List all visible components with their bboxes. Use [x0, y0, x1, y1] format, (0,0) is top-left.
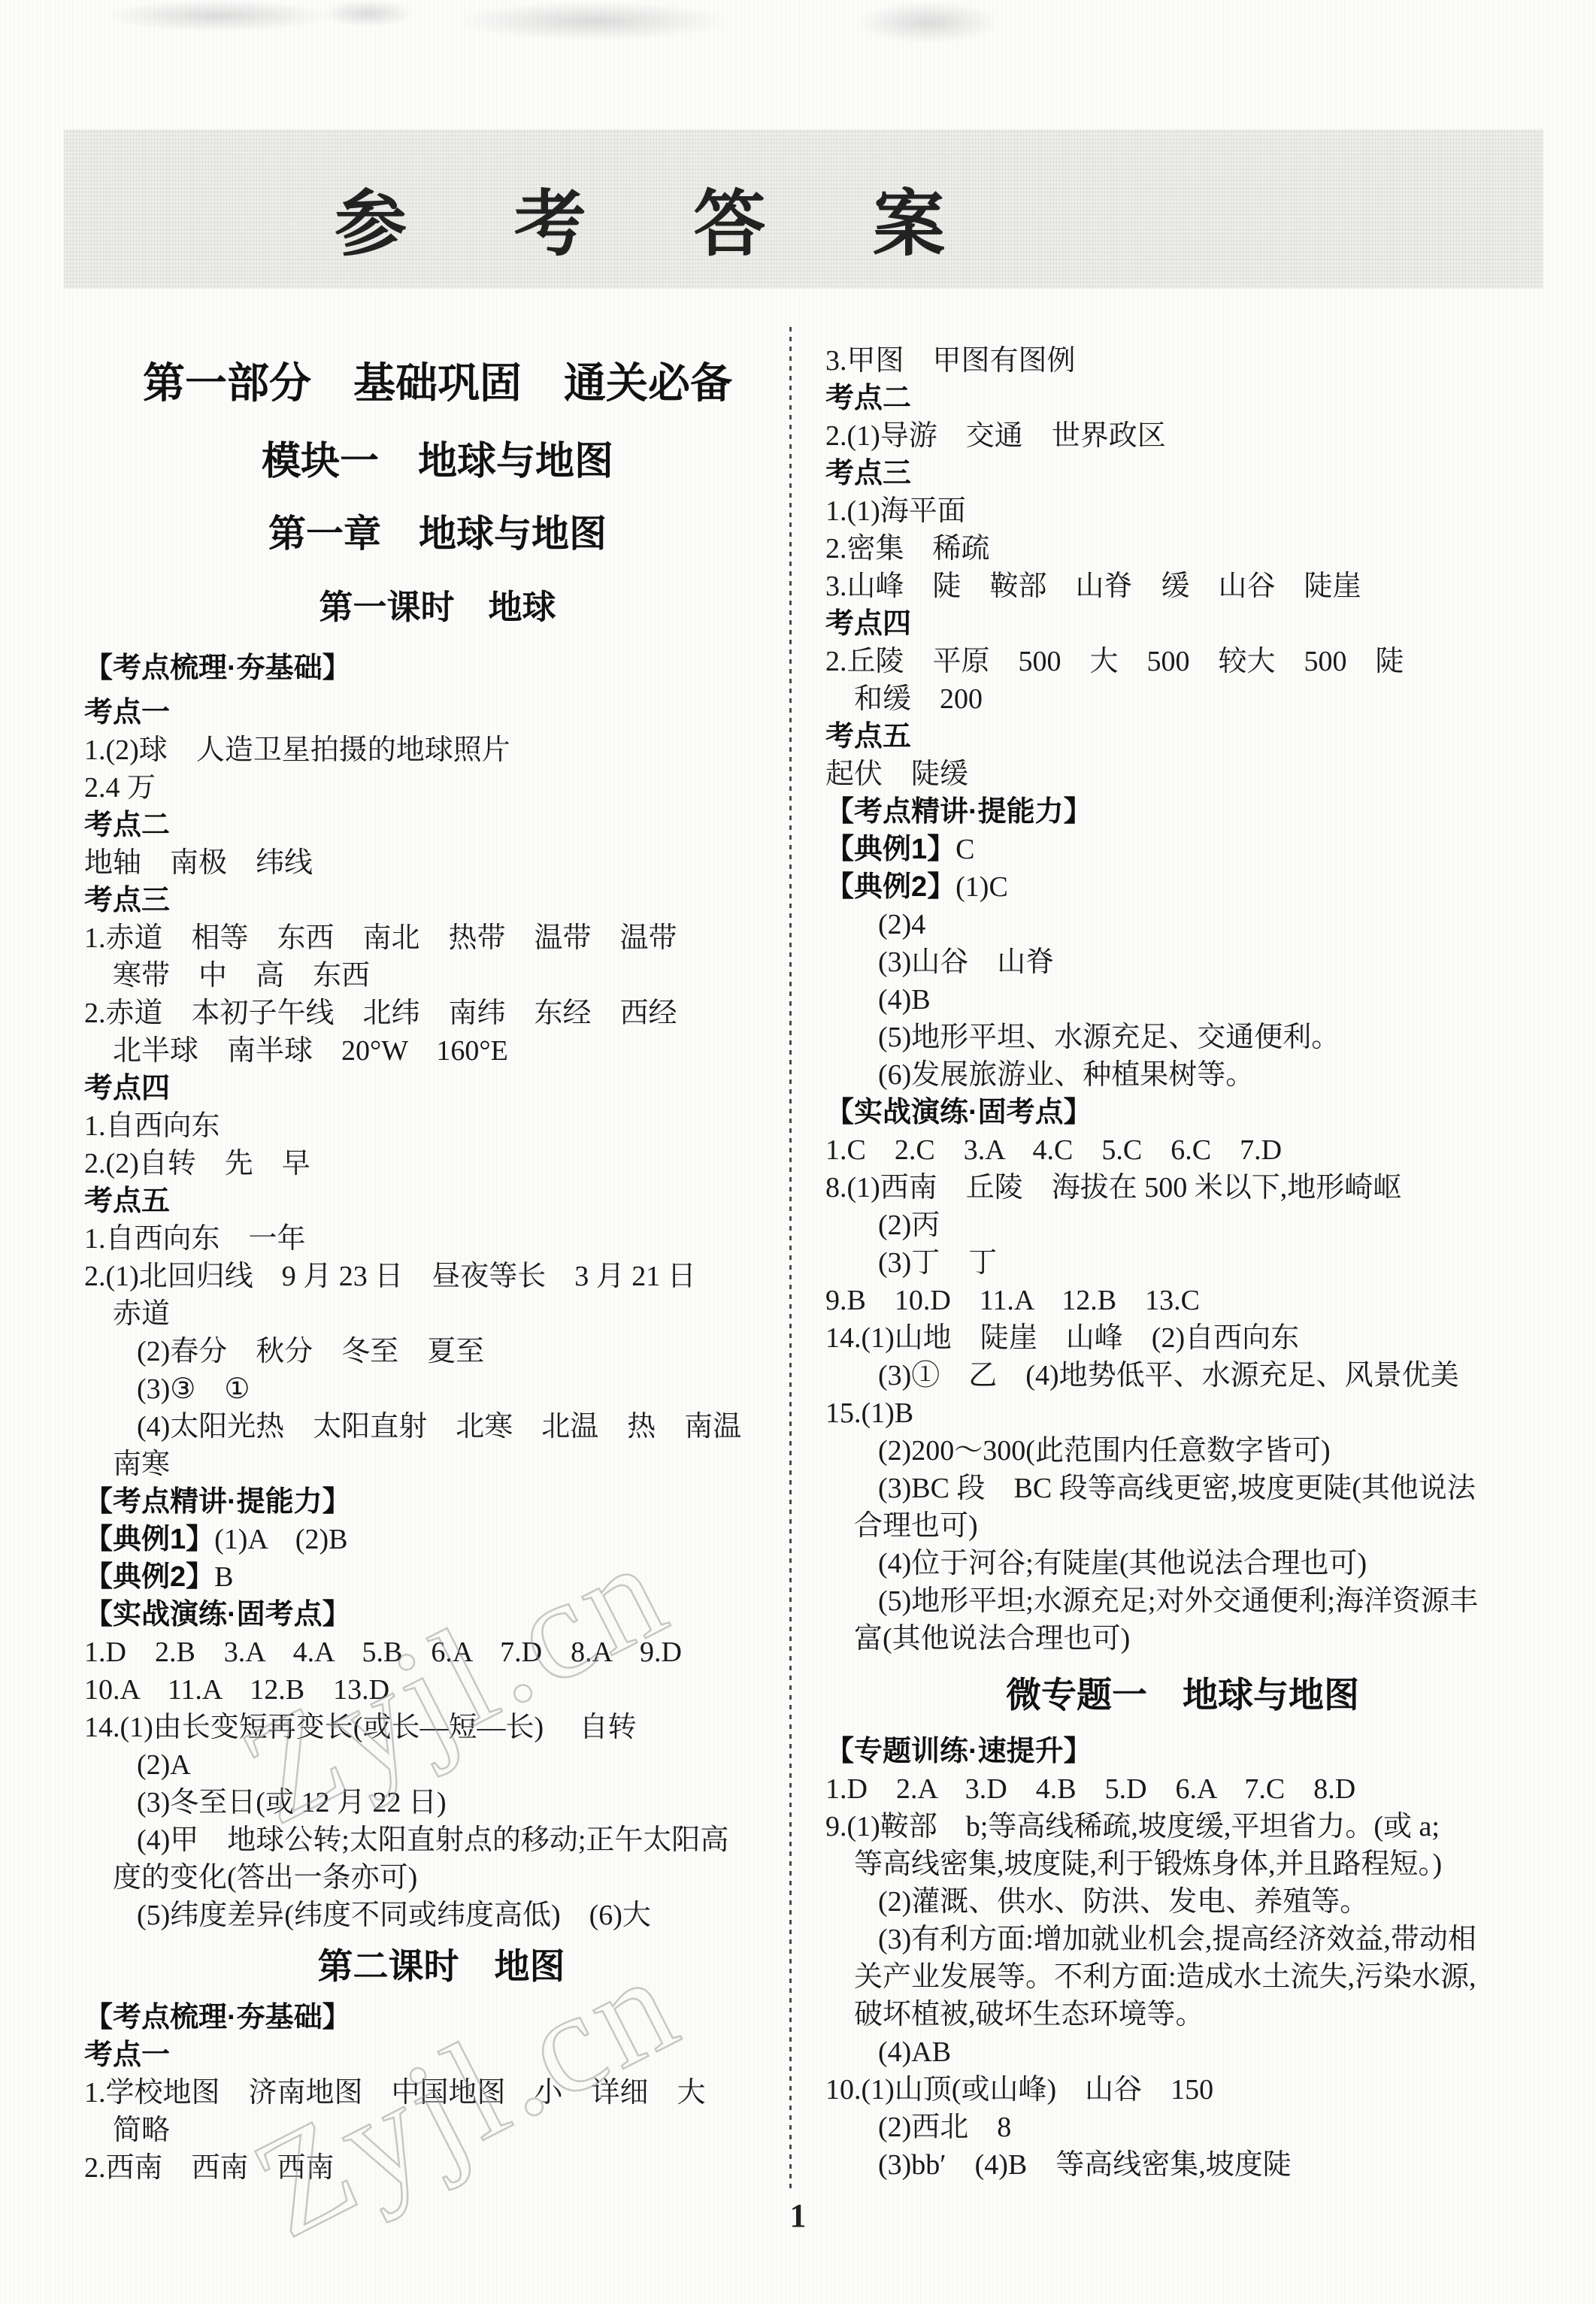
answer-line: 【典例2】(1)C: [825, 868, 1540, 906]
answer-line: (3)③ ①: [84, 1370, 798, 1408]
answer-line-text: 2.密集 稀疏: [825, 533, 990, 565]
answer-line: 【考点精讲·提能力】: [825, 793, 1540, 831]
answer-line-marker: 考点五: [84, 1185, 170, 1217]
answer-line: 考点二: [84, 807, 798, 844]
answer-line-text: (3)BC 段 BC 段等高线更密,坡度更陡(其他说法: [878, 1473, 1476, 1504]
answer-line-text: (2)200～300(此范围内任意数字皆可): [878, 1435, 1331, 1467]
answer-line: 3.甲图 甲图有图例: [825, 342, 1540, 380]
answer-line: (2)西北 8: [825, 2109, 1540, 2146]
answer-line-marker: 【典例2】: [84, 1561, 214, 1593]
answer-line: 3.山峰 陡 鞍部 山脊 缓 山谷 陡崖: [825, 568, 1540, 605]
answer-line-text: (2)春分 秋分 冬至 夏至: [137, 1336, 484, 1367]
answer-line: 合理也可): [825, 1507, 1540, 1545]
answer-line: (2)4: [825, 906, 1540, 943]
answer-line-marker: 【考点梳理·夯基础】: [84, 2002, 351, 2033]
answer-line-text: 2.(1)导游 交通 世界政区: [825, 420, 1166, 452]
answer-line: 地轴 南极 纬线: [84, 844, 798, 882]
module-heading: 模块一 地球与地图: [84, 430, 791, 493]
answer-line: 1.(1)海平面: [825, 492, 1540, 530]
answer-line-text: 2.丘陵 平原 500 大 500 较大 500 陡: [825, 646, 1404, 677]
answer-line-marker: 考点四: [84, 1073, 170, 1104]
answer-line: 10.(1)山顶(或山峰) 山谷 150: [825, 2071, 1540, 2109]
chapter-heading: 第一章 地球与地图: [84, 502, 791, 565]
answer-line: (4)位于河谷;有陡崖(其他说法合理也可): [825, 1545, 1540, 1582]
answer-line-text: 1.D 2.A 3.D 4.B 5.D 6.A 7.C 8.D: [825, 1773, 1355, 1805]
answer-line: 1.D 2.A 3.D 4.B 5.D 6.A 7.C 8.D: [825, 1770, 1540, 1808]
answer-line-text: 起伏 陡缓: [825, 758, 968, 790]
answer-line-marker: 考点五: [825, 721, 911, 752]
answer-line-text: 合理也可): [854, 1510, 978, 1542]
answer-line: (3)① 乙 (4)地势低平、水源充足、风景优美: [825, 1357, 1540, 1394]
answer-line: (4)B: [825, 981, 1540, 1019]
answer-line-marker: 【考点梳理·夯基础】: [84, 652, 351, 684]
answer-line: 赤道: [84, 1295, 798, 1333]
answer-line-text: 2.(1)北回归线 9 月 23 日 昼夜等长 3 月 21 日: [84, 1261, 696, 1292]
answer-line-text: (3)山谷 山脊: [878, 946, 1054, 978]
answer-line: 【实战演练·固考点】: [84, 1596, 798, 1633]
answer-line: 【典例1】(1)A (2)B: [84, 1521, 798, 1558]
answer-line-text: (2)A: [137, 1749, 191, 1781]
answer-line: 8.(1)西南 丘陵 海拔在 500 米以下,地形崎岖: [825, 1169, 1540, 1206]
answer-line-text: 地轴 南极 纬线: [84, 847, 313, 879]
answer-line: 考点五: [84, 1182, 798, 1220]
answer-line-text: 8.(1)西南 丘陵 海拔在 500 米以下,地形崎岖: [825, 1172, 1401, 1203]
answer-line: 起伏 陡缓: [825, 755, 1540, 793]
answer-line: 9.B 10.D 11.A 12.B 13.C: [825, 1282, 1540, 1319]
answer-line-text: (5)纬度差异(纬度不同或纬度高低) (6)大: [137, 1900, 651, 1931]
answer-line-text: 2.赤道 本初子午线 北纬 南纬 东经 西经: [84, 998, 677, 1029]
answer-line-text: 度的变化(答出一条亦可): [113, 1862, 417, 1894]
answer-line-text: 14.(1)山地 陡崖 山峰 (2)自西向东: [825, 1322, 1299, 1354]
answer-line-text: 破坏植被,破坏生态环境等。: [854, 1999, 1204, 2030]
section-heading: 微专题一 地球与地图: [825, 1658, 1540, 1733]
answer-line-text: 1.学校地图 济南地图 中国地图 小 详细 大: [84, 2077, 706, 2109]
answer-line: 1.C 2.C 3.A 4.C 5.C 6.C 7.D: [825, 1131, 1540, 1169]
answer-line-marker: 【考点精讲·提能力】: [84, 1486, 351, 1518]
answer-line: 度的变化(答出一条亦可): [84, 1859, 798, 1897]
answer-line: (2)200～300(此范围内任意数字皆可): [825, 1432, 1540, 1470]
answer-line-text: (3)bb′ (4)B 等高线密集,坡度陡: [878, 2149, 1292, 2181]
answer-line: (2)春分 秋分 冬至 夏至: [84, 1333, 798, 1370]
answer-line-text: (5)地形平坦;水源充足;对外交通便利;海洋资源丰: [878, 1585, 1478, 1617]
answer-line: (4)AB: [825, 2033, 1540, 2071]
answer-line: (3)bb′ (4)B 等高线密集,坡度陡: [825, 2146, 1540, 2184]
part-heading: 第一部分 基础巩固 通关必备: [84, 352, 791, 415]
scan-smudge: [459, 2, 729, 41]
answer-line: (5)地形平坦;水源充足;对外交通便利;海洋资源丰: [825, 1582, 1540, 1620]
answer-line-text: (3)有利方面:增加就业机会,提高经济效益,带动相: [878, 1924, 1476, 1955]
answer-line-text: 2.4 万: [84, 772, 156, 804]
answer-line-text: 2.西南 西南 西南: [84, 2152, 335, 2184]
answer-line: 考点三: [84, 882, 798, 919]
answer-line-text: 北半球 南半球 20°W 160°E: [113, 1035, 508, 1067]
answer-line-text: (2)灌溉、供水、防洪、发电、养殖等。: [878, 1886, 1368, 1918]
answer-line: 北半球 南半球 20°W 160°E: [84, 1032, 798, 1070]
answer-line-text: 南寒: [113, 1449, 170, 1480]
scan-smudge: [323, 0, 413, 27]
answer-line: 考点二: [825, 380, 1540, 417]
answer-line-text: B: [214, 1561, 233, 1593]
answer-line: 14.(1)由长变短再变长(或长—短—长) 自转: [84, 1709, 798, 1746]
answer-line: 关产业发展等。不利方面:造成水土流失,污染水源,: [825, 1958, 1540, 1996]
answer-line-text: (4)B: [878, 984, 931, 1016]
lesson-heading: 第一课时 地球: [84, 577, 791, 637]
answer-line: 1.自西向东: [84, 1107, 798, 1145]
answer-line-text: 1.(1)海平面: [825, 495, 966, 527]
answer-line: 寒带 中 高 东西: [84, 957, 798, 995]
answer-line: (3)丁 丁: [825, 1244, 1540, 1282]
answer-line: 考点四: [825, 605, 1540, 643]
answer-line: 9.(1)鞍部 b;等高线稀疏,坡度缓,平坦省力。(或 a;: [825, 1808, 1540, 1845]
answer-line: 考点五: [825, 718, 1540, 755]
answer-line-text: 富(其他说法合理也可): [854, 1623, 1130, 1655]
answer-line: (3)BC 段 BC 段等高线更密,坡度更陡(其他说法: [825, 1470, 1540, 1507]
answer-line: 1.赤道 相等 东西 南北 热带 温带 温带: [84, 919, 798, 957]
answer-line: 2.4 万: [84, 769, 798, 807]
answer-line: (4)甲 地球公转;太阳直射点的移动;正午太阳高: [84, 1821, 798, 1859]
answer-line: 【考点梳理·夯基础】: [84, 1999, 798, 2036]
answer-line: (6)发展旅游业、种植果树等。: [825, 1056, 1540, 1094]
answer-line: 富(其他说法合理也可): [825, 1620, 1540, 1658]
answer-line: (3)冬至日(或 12 月 22 日): [84, 1784, 798, 1821]
answer-line-text: (1)A (2)B: [214, 1524, 347, 1555]
scan-smudge: [105, 0, 331, 32]
answer-line-marker: 【典例2】: [825, 871, 955, 903]
answer-line-text: (3)丁 丁: [878, 1247, 997, 1279]
answer-line-marker: 【典例1】: [84, 1524, 214, 1555]
answer-line-text: 关产业发展等。不利方面:造成水土流失,污染水源,: [854, 1961, 1476, 1993]
answer-line: 14.(1)山地 陡崖 山峰 (2)自西向东: [825, 1319, 1540, 1357]
answer-line-text: (2)丙: [878, 1210, 940, 1241]
answer-line: (2)灌溉、供水、防洪、发电、养殖等。: [825, 1883, 1540, 1921]
answer-line: 15.(1)B: [825, 1394, 1540, 1432]
answer-line-text: 1.自西向东 一年: [84, 1223, 306, 1255]
answer-line: 2.(2)自转 先 早: [84, 1145, 798, 1182]
answer-line-marker: 【实战演练·固考点】: [84, 1599, 351, 1630]
answer-line: 2.密集 稀疏: [825, 530, 1540, 568]
answer-line: 1.自西向东 一年: [84, 1220, 798, 1258]
answer-line-text: (5)地形平坦、水源充足、交通便利。: [878, 1022, 1340, 1053]
answer-line-text: (3)冬至日(或 12 月 22 日): [137, 1787, 447, 1818]
answer-line-text: 10.A 11.A 12.B 13.D: [84, 1674, 389, 1706]
answer-line: 2.(1)导游 交通 世界政区: [825, 417, 1540, 455]
answer-line: 等高线密集,坡度陡,利于锻炼身体,并且路程短。): [825, 1845, 1540, 1883]
answer-line: 考点三: [825, 455, 1540, 492]
title-banner: 参 考 答 案: [64, 129, 1543, 289]
page-title: 参 考 答 案: [335, 167, 989, 270]
answer-line-text: 1.D 2.B 3.A 4.A 5.B 6.A 7.D 8.A 9.D: [84, 1636, 682, 1668]
answer-line: 和缓 200: [825, 680, 1540, 718]
answer-line-marker: 考点三: [84, 885, 170, 916]
answer-line-marker: 考点一: [84, 2039, 170, 2071]
answer-line-text: (3)③ ①: [137, 1373, 250, 1405]
answer-line: (3)有利方面:增加就业机会,提高经济效益,带动相: [825, 1921, 1540, 1958]
answer-line: 【实战演练·固考点】: [825, 1094, 1540, 1131]
answer-line-text: (3)① 乙 (4)地势低平、水源充足、风景优美: [878, 1360, 1459, 1391]
answer-line-text: 9.B 10.D 11.A 12.B 13.C: [825, 1285, 1200, 1316]
answer-line-text: 1.自西向东: [84, 1110, 220, 1142]
answer-line-text: (2)西北 8: [878, 2112, 1011, 2143]
answer-line-text: 简略: [113, 2115, 170, 2146]
answer-line-marker: 考点一: [84, 697, 170, 728]
answer-line: 破坏植被,破坏生态环境等。: [825, 1996, 1540, 2033]
answer-line-marker: 【典例1】: [825, 834, 955, 865]
answer-line-text: 2.(2)自转 先 早: [84, 1148, 310, 1179]
page-number: 1: [0, 2197, 1596, 2235]
answer-line-text: 等高线密集,坡度陡,利于锻炼身体,并且路程短。): [854, 1848, 1442, 1880]
answer-line: 【典例2】B: [84, 1558, 798, 1596]
answer-line: 2.丘陵 平原 500 大 500 较大 500 陡: [825, 643, 1540, 680]
answer-line-marker: 考点二: [84, 810, 170, 841]
answer-line: 1.学校地图 济南地图 中国地图 小 详细 大: [84, 2074, 798, 2112]
answer-line: (5)地形平坦、水源充足、交通便利。: [825, 1019, 1540, 1056]
answer-line: 考点一: [84, 2036, 798, 2074]
answer-line: (5)纬度差异(纬度不同或纬度高低) (6)大: [84, 1897, 798, 1934]
answer-line: 【考点梳理·夯基础】: [84, 643, 798, 694]
answer-line-text: (1)C: [955, 871, 1008, 903]
answer-line: (2)丙: [825, 1206, 1540, 1244]
section-heading: 第二课时 地图: [84, 1934, 798, 1999]
answer-line-text: 和缓 200: [854, 683, 983, 715]
answer-line-text: (2)4: [878, 909, 925, 940]
answer-line: 1.(2)球 人造卫星拍摄的地球照片: [84, 731, 798, 769]
answer-line-text: 1.C 2.C 3.A 4.C 5.C 6.C 7.D: [825, 1134, 1282, 1166]
answer-line-marker: 【实战演练·固考点】: [825, 1097, 1092, 1128]
answer-line-text: (4)太阳光热 太阳直射 北寒 北温 热 南温: [137, 1411, 741, 1443]
answer-line-marker: 考点二: [825, 383, 911, 414]
answer-line: 【专题训练·速提升】: [825, 1733, 1540, 1770]
answer-line-text: C: [955, 834, 974, 865]
answer-line: 考点一: [84, 694, 798, 731]
answer-line-text: 赤道: [113, 1298, 170, 1330]
answer-line: (3)山谷 山脊: [825, 943, 1540, 981]
answer-line: (4)太阳光热 太阳直射 北寒 北温 热 南温: [84, 1408, 798, 1446]
answer-line: 10.A 11.A 12.B 13.D: [84, 1671, 798, 1709]
answer-line-text: 3.山峰 陡 鞍部 山脊 缓 山谷 陡崖: [825, 571, 1361, 602]
left-answer-column: 【考点梳理·夯基础】考点一1.(2)球 人造卫星拍摄的地球照片2.4 万考点二地…: [84, 643, 798, 2187]
answer-line-text: (4)AB: [878, 2036, 951, 2068]
answer-line-text: (4)位于河谷;有陡崖(其他说法合理也可): [878, 1548, 1367, 1579]
answer-line-text: 10.(1)山顶(或山峰) 山谷 150: [825, 2074, 1213, 2106]
right-answer-column: 3.甲图 甲图有图例考点二2.(1)导游 交通 世界政区考点三1.(1)海平面2…: [825, 342, 1540, 2184]
answer-line-text: 15.(1)B: [825, 1397, 913, 1429]
answer-line-text: 1.赤道 相等 东西 南北 热带 温带 温带: [84, 922, 677, 954]
answer-line-text: 寒带 中 高 东西: [113, 960, 370, 992]
answer-line-text: 14.(1)由长变短再变长(或长—短—长) 自转: [84, 1712, 637, 1743]
answer-line-text: 微专题一 地球与地图: [1006, 1675, 1359, 1715]
answer-line: 【典例1】C: [825, 831, 1540, 868]
answer-line-text: 9.(1)鞍部 b;等高线稀疏,坡度缓,平坦省力。(或 a;: [825, 1811, 1440, 1842]
answer-line: 【考点精讲·提能力】: [84, 1483, 798, 1521]
answer-line: 2.(1)北回归线 9 月 23 日 昼夜等长 3 月 21 日: [84, 1258, 798, 1295]
scan-smudge: [857, 2, 1000, 44]
answer-line-text: 第二课时 地图: [318, 1946, 565, 1986]
answer-line-marker: 考点三: [825, 458, 911, 489]
answer-line: 2.赤道 本初子午线 北纬 南纬 东经 西经: [84, 995, 798, 1032]
answer-line-marker: 考点四: [825, 608, 911, 640]
answer-line: 南寒: [84, 1446, 798, 1483]
answer-line-marker: 【考点精讲·提能力】: [825, 796, 1092, 828]
answer-line-text: (6)发展旅游业、种植果树等。: [878, 1059, 1254, 1091]
scanned-answer-page: 参 考 答 案 第一部分 基础巩固 通关必备 模块一 地球与地图 第一章 地球与…: [0, 0, 1596, 2304]
answer-line-text: 1.(2)球 人造卫星拍摄的地球照片: [84, 734, 510, 766]
answer-line: (2)A: [84, 1746, 798, 1784]
answer-line-text: (4)甲 地球公转;太阳直射点的移动;正午太阳高: [137, 1824, 728, 1856]
answer-line: 2.西南 西南 西南: [84, 2149, 798, 2187]
answer-line: 考点四: [84, 1070, 798, 1107]
answer-line-text: 3.甲图 甲图有图例: [825, 345, 1076, 377]
answer-line-marker: 【专题训练·速提升】: [825, 1736, 1092, 1767]
answer-line: 简略: [84, 2112, 798, 2149]
answer-line: 1.D 2.B 3.A 4.A 5.B 6.A 7.D 8.A 9.D: [84, 1633, 798, 1671]
